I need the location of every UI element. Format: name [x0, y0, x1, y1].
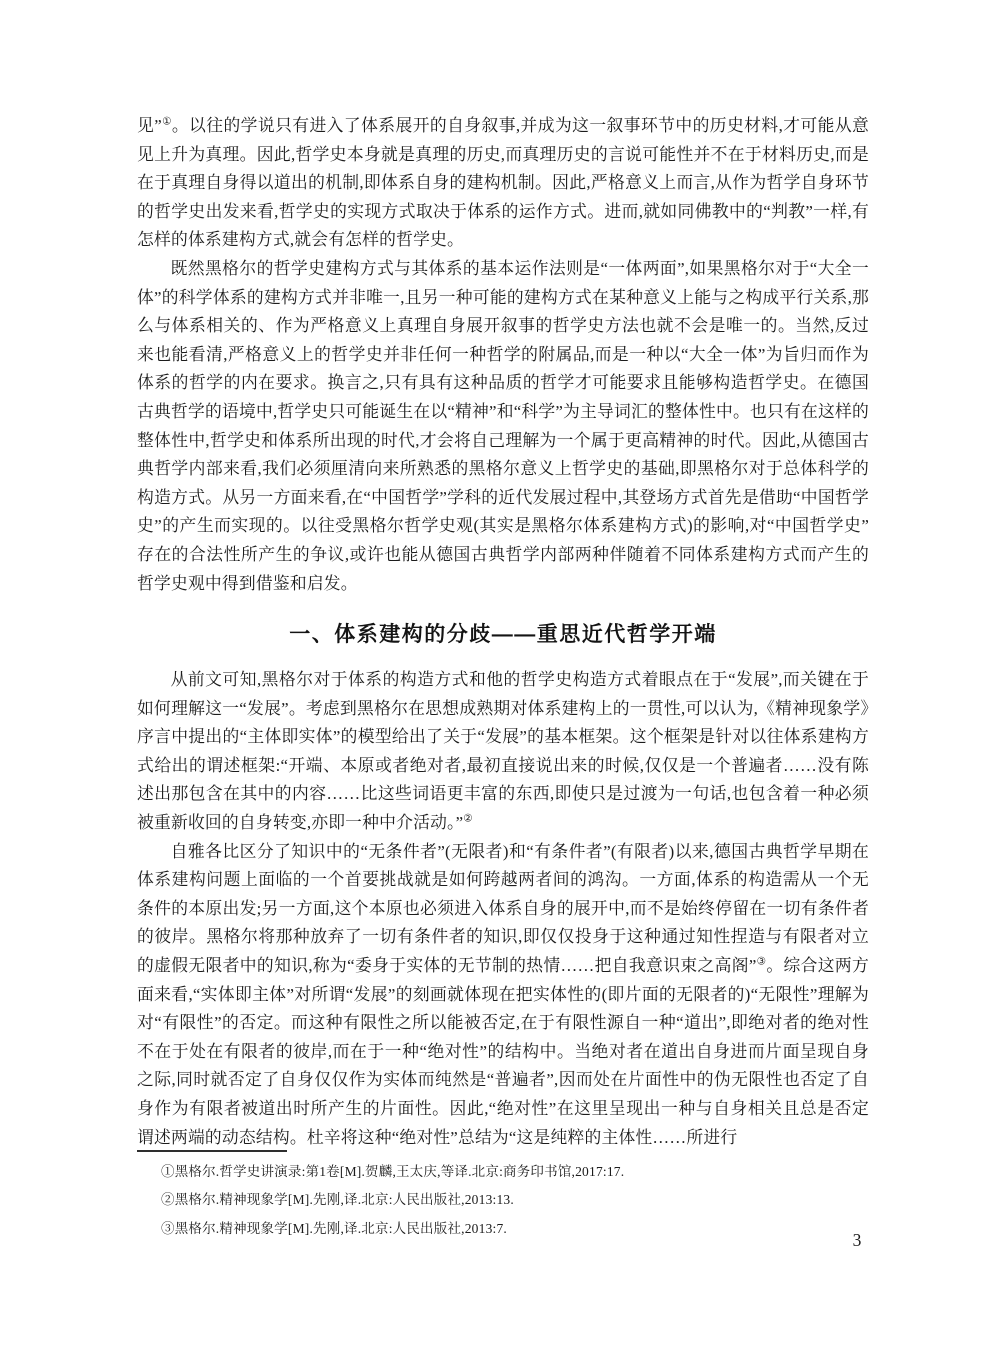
footnote: ③黑格尔.精神现象学[M].先刚,译.北京:人民出版社,2013:7. — [137, 1215, 869, 1243]
document-page: 见”①。以往的学说只有进入了体系展开的自身叙事,并成为这一叙事环节中的历史材料,… — [0, 0, 1000, 1347]
page-content: 见”①。以往的学说只有进入了体系展开的自身叙事,并成为这一叙事环节中的历史材料,… — [137, 112, 869, 1160]
footnote: ②黑格尔.精神现象学[M].先刚,译.北京:人民出版社,2013:13. — [137, 1186, 869, 1214]
section-heading: 一、体系建构的分歧——重思近代哲学开端 — [137, 620, 869, 650]
footnote: ①黑格尔.哲学史讲演录:第1卷[M].贺麟,王太庆,等译.北京:商务印书馆,20… — [137, 1158, 869, 1186]
footnote-ref: ① — [162, 116, 172, 127]
footnote-ref: ② — [463, 813, 473, 824]
body-paragraph: 见”①。以往的学说只有进入了体系展开的自身叙事,并成为这一叙事环节中的历史材料,… — [137, 112, 869, 255]
page-number: 3 — [842, 1230, 872, 1251]
intro-paragraphs: 见”①。以往的学说只有进入了体系展开的自身叙事,并成为这一叙事环节中的历史材料,… — [137, 112, 869, 598]
body-paragraph: 既然黑格尔的哲学史建构方式与其体系的基本运作法则是“一体两面”,如果黑格尔对于“… — [137, 255, 869, 598]
footnotes-block: ①黑格尔.哲学史讲演录:第1卷[M].贺麟,王太庆,等译.北京:商务印书馆,20… — [137, 1150, 869, 1243]
footnote-ref: ③ — [757, 956, 767, 967]
section-paragraphs: 从前文可知,黑格尔对于体系的构造方式和他的哲学史构造方式着眼点在于“发展”,而关… — [137, 666, 869, 1152]
body-paragraph: 自雅各比区分了知识中的“无条件者”(无限者)和“有条件者”(有限者)以来,德国古… — [137, 838, 869, 1153]
body-paragraph: 从前文可知,黑格尔对于体系的构造方式和他的哲学史构造方式着眼点在于“发展”,而关… — [137, 666, 869, 838]
footnote-list: ①黑格尔.哲学史讲演录:第1卷[M].贺麟,王太庆,等译.北京:商务印书馆,20… — [137, 1158, 869, 1243]
footnote-separator — [137, 1150, 287, 1152]
